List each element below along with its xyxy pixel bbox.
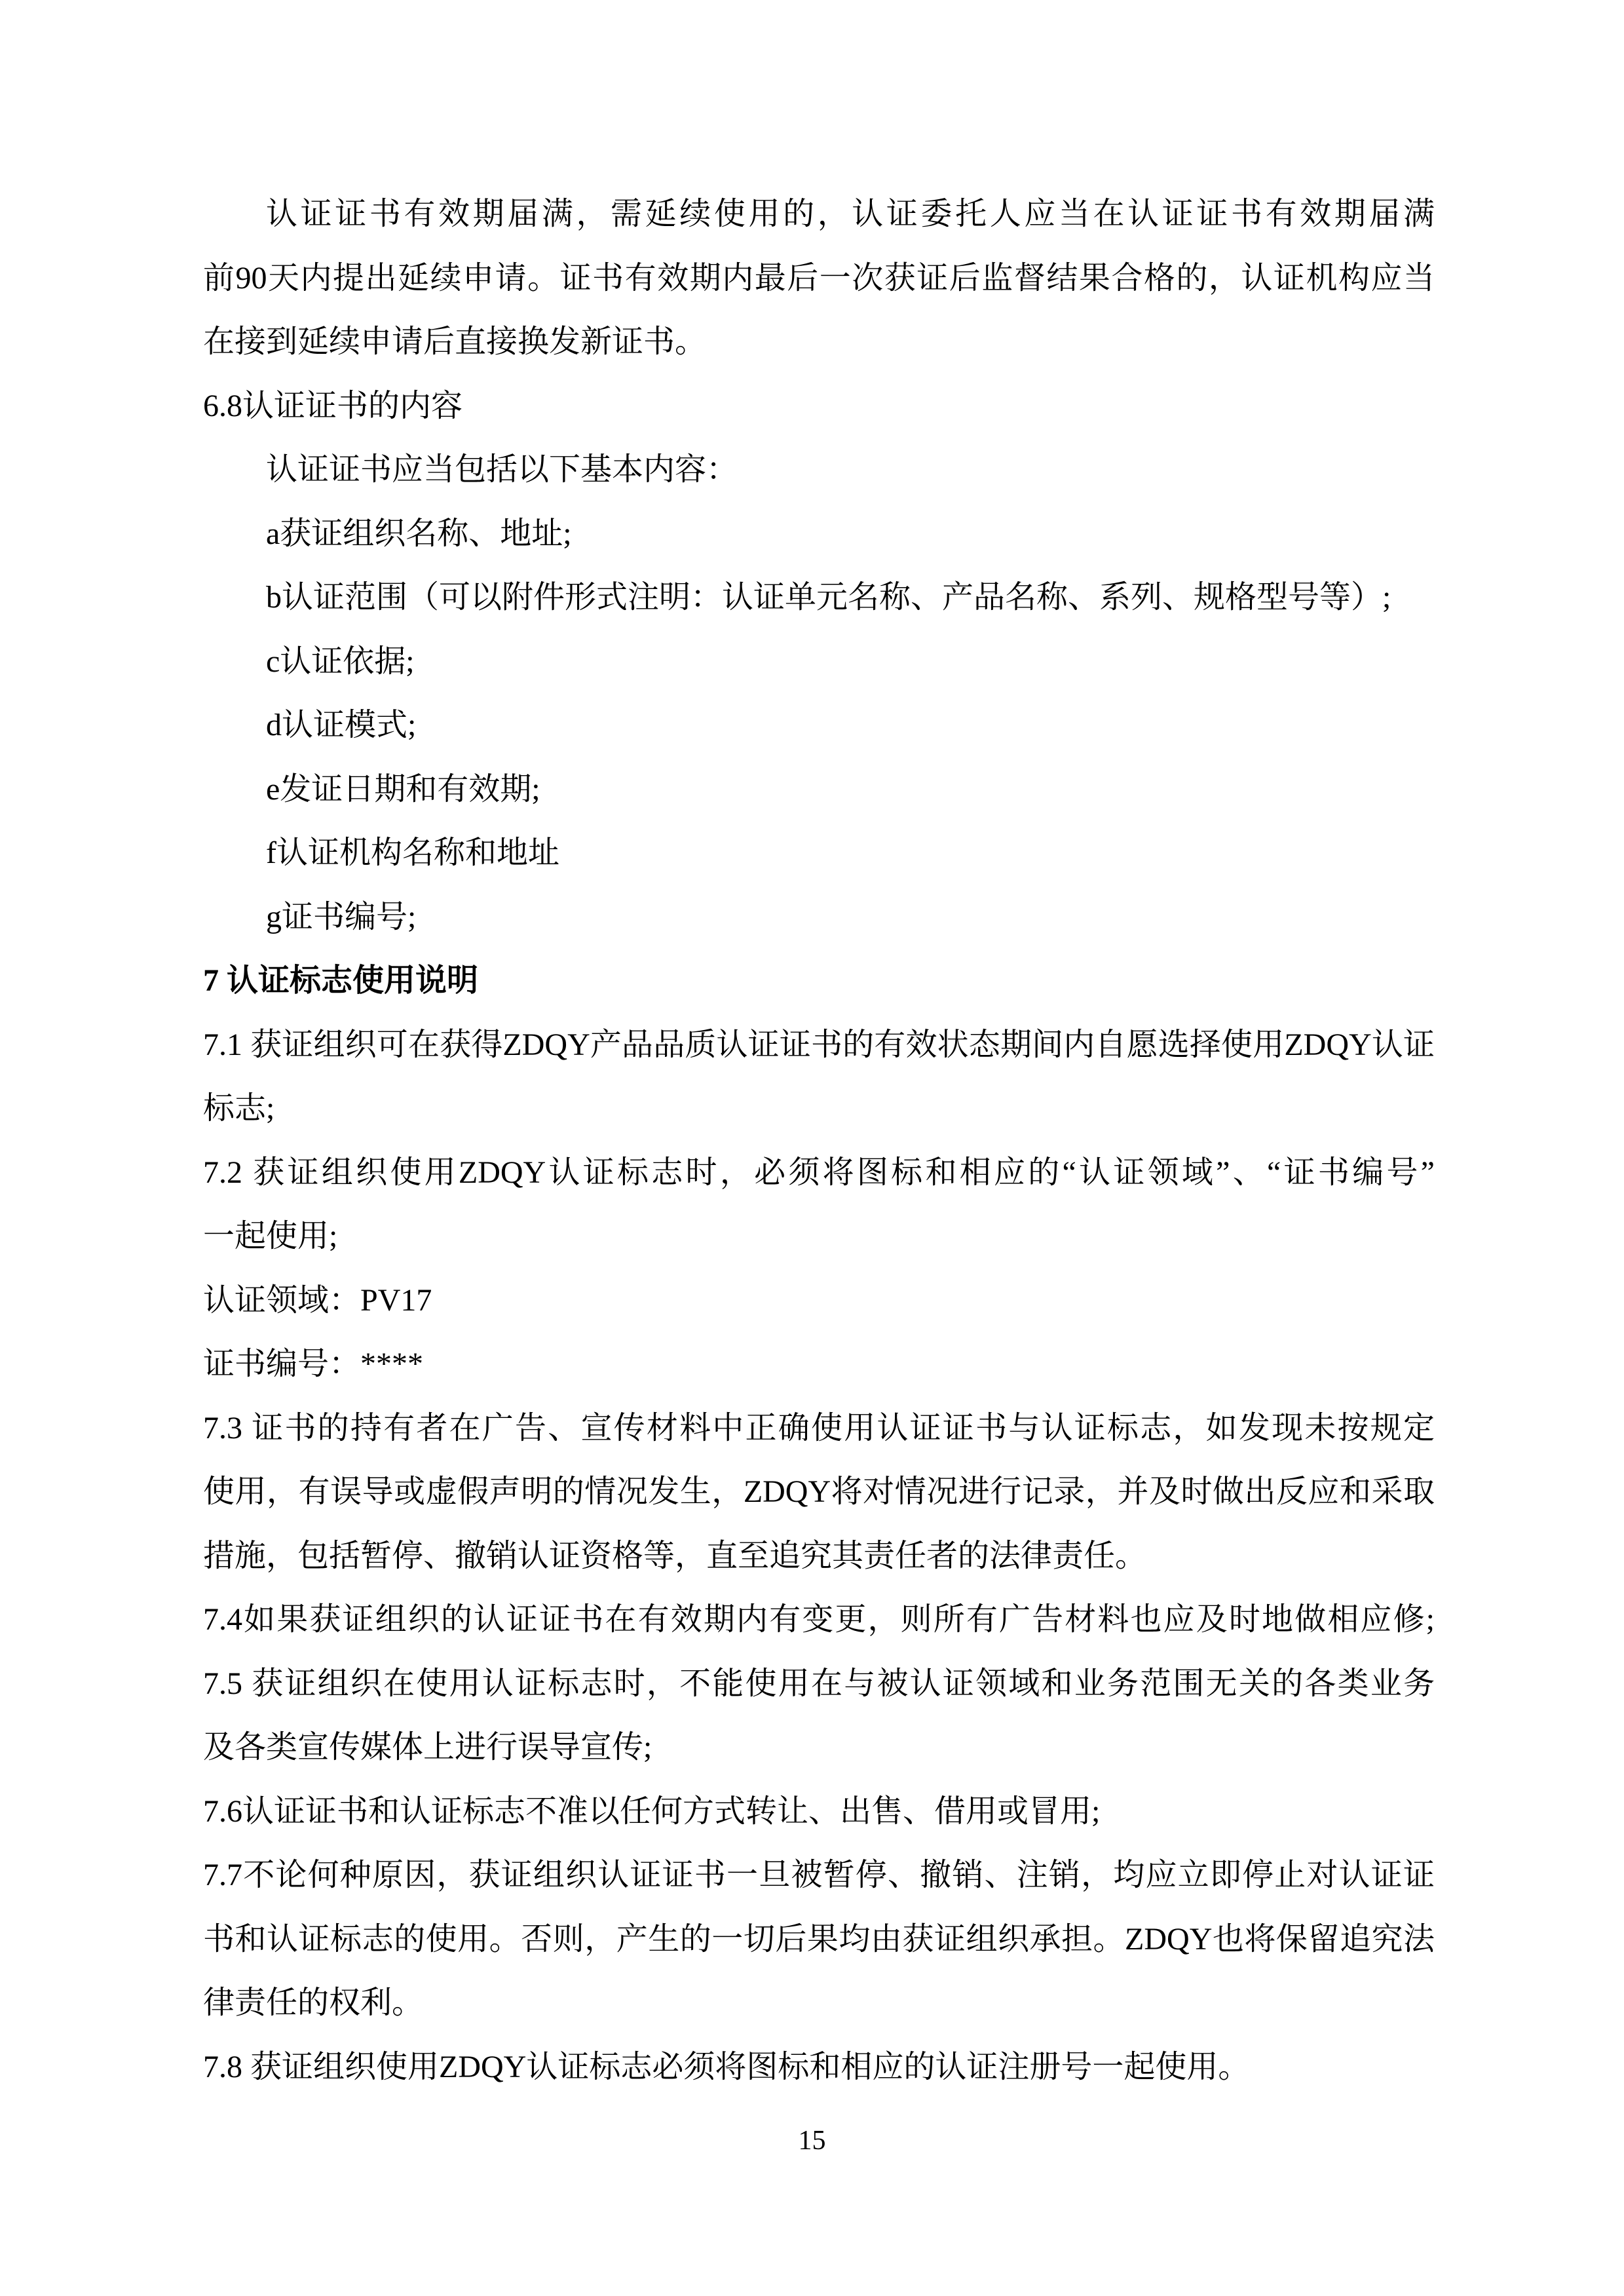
text-line: f认证机构名称和地址 [203,821,1435,885]
document-page: 认证证书有效期届满，需延续使用的，认证委托人应当在认证证书有效期届满前90天内提… [0,0,1624,2296]
section-heading: 7 认证标志使用说明 [203,949,1435,1013]
text-line: 及各类宣传媒体上进行误导宣传; [203,1715,1435,1780]
text-line: d认证模式; [203,693,1435,757]
text-line: 7.5 获证组织在使用认证标志时，不能使用在与被认证领域和业务范围无关的各类业务 [203,1652,1435,1716]
text-line: 使用，有误导或虚假声明的情况发生，ZDQY将对情况进行记录，并及时做出反应和采取 [203,1460,1435,1524]
text-line: 7.3 证书的持有者在广告、宣传材料中正确使用认证证书与认证标志，如发现未按规定 [203,1396,1435,1461]
text-line: 证书编号：**** [203,1332,1435,1396]
text-line: 标志; [203,1077,1435,1141]
text-line: 7.1 获证组织可在获得ZDQY产品品质认证证书的有效状态期间内自愿选择使用ZD… [203,1013,1435,1077]
document-body: 认证证书有效期届满，需延续使用的，认证委托人应当在认证证书有效期届满前90天内提… [203,182,1435,2099]
text-line: b认证范围（可以附件形式注明：认证单元名称、产品名称、系列、规格型号等）; [203,565,1435,630]
text-line: 认证证书应当包括以下基本内容： [203,438,1435,502]
text-line: a获证组织名称、地址; [203,502,1435,566]
text-line: 7.6认证证书和认证标志不准以任何方式转让、出售、借用或冒用; [203,1780,1435,1844]
text-line: 认证证书有效期届满，需延续使用的，认证委托人应当在认证证书有效期届满 [203,182,1435,246]
text-line: 7.4如果获证组织的认证证书在有效期内有变更，则所有广告材料也应及时地做相应修; [203,1588,1435,1652]
text-line: 措施，包括暂停、撤销认证资格等，直至追究其责任者的法律责任。 [203,1524,1435,1588]
text-line: c认证依据; [203,630,1435,694]
text-line: 7.8 获证组织使用ZDQY认证标志必须将图标和相应的认证注册号一起使用。 [203,2035,1435,2099]
text-line: 在接到延续申请后直接换发新证书。 [203,310,1435,374]
text-line: 律责任的权利。 [203,1971,1435,2035]
text-line: 6.8认证证书的内容 [203,374,1435,438]
text-line: 认证领域：PV17 [203,1269,1435,1333]
text-line: 7.2 获证组织使用ZDQY认证标志时，必须将图标和相应的“认证领域”、“证书编… [203,1141,1435,1205]
text-line: g证书编号; [203,885,1435,949]
text-line: 书和认证标志的使用。否则，产生的一切后果均由获证组织承担。ZDQY也将保留追究法 [203,1907,1435,1972]
page-number: 15 [0,2125,1624,2156]
text-line: 7.7不论何种原因，获证组织认证证书一旦被暂停、撤销、注销，均应立即停止对认证证 [203,1843,1435,1907]
text-line: 一起使用; [203,1204,1435,1269]
text-line: 前90天内提出延续申请。证书有效期内最后一次获证后监督结果合格的，认证机构应当 [203,246,1435,311]
text-line: e发证日期和有效期; [203,757,1435,822]
